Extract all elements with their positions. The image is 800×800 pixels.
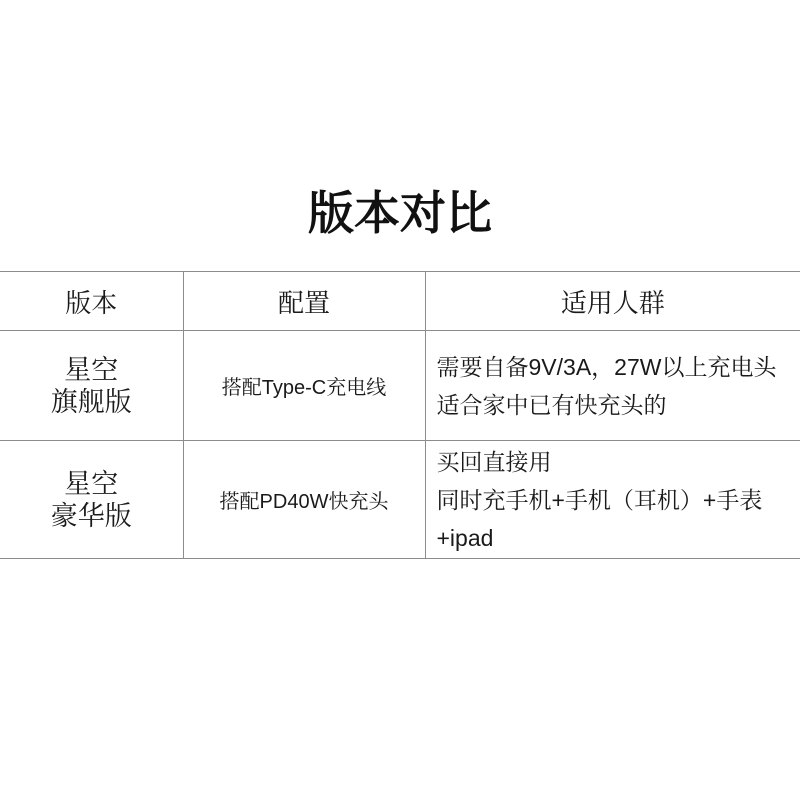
audience-line: 需要自备9V/3A，27W以上充电头: [437, 348, 797, 386]
table-row-flagship: 星空 旗舰版 搭配Type-C充电线 需要自备9V/3A，27W以上充电头 适合…: [0, 331, 800, 441]
audience-cell: 买回直接用 同时充手机+手机（耳机）+手表+ipad: [425, 441, 800, 559]
page-title: 版本对比: [0, 186, 800, 240]
audience-cell: 需要自备9V/3A，27W以上充电头 适合家中已有快充头的: [425, 331, 800, 441]
header-row: 版本 配置 适用人群: [0, 272, 800, 331]
header-cell-audience: 适用人群: [425, 272, 800, 331]
config-cell: 搭配PD40W快充头: [183, 441, 425, 559]
version-cell: 星空 旗舰版: [0, 331, 183, 441]
version-cell: 星空 豪华版: [0, 441, 183, 559]
version-line: 旗舰版: [0, 386, 183, 418]
comparison-table: 版本 配置 适用人群 星空 旗舰版 搭配Type-C充电线 需要自备9V/3A，…: [0, 271, 800, 559]
page: 版本对比 版本 配置 适用人群 星空 旗舰版 搭配Type-C充电线 需要自备9…: [0, 0, 800, 800]
table-row-deluxe: 星空 豪华版 搭配PD40W快充头 买回直接用 同时充手机+手机（耳机）+手表+…: [0, 441, 800, 559]
header-cell-config: 配置: [183, 272, 425, 331]
audience-line: 同时充手机+手机（耳机）+手表+ipad: [437, 481, 797, 557]
version-line: 豪华版: [0, 500, 183, 532]
config-cell: 搭配Type-C充电线: [183, 331, 425, 441]
header-cell-version: 版本: [0, 272, 183, 331]
audience-line: 适合家中已有快充头的: [437, 386, 797, 424]
version-line: 星空: [0, 354, 183, 386]
audience-line: 买回直接用: [437, 443, 797, 481]
version-line: 星空: [0, 468, 183, 500]
